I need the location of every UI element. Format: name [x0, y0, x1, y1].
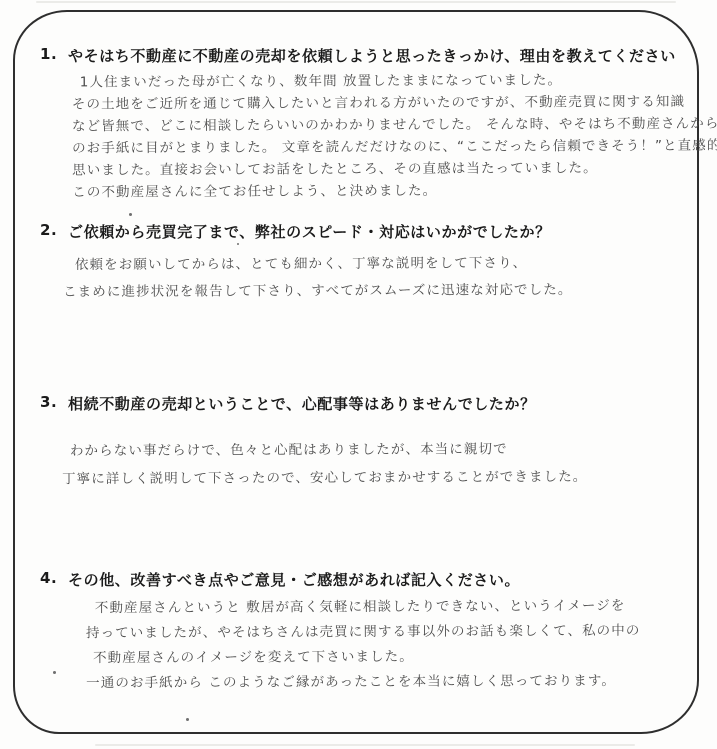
question-3-number: 3.: [40, 393, 68, 414]
handwriting-line: この不動産屋さんに全てお任せしよう、と決めました。: [72, 179, 717, 204]
question-4-text: その他、改善すべき点やご意見・ご感想があれば記入ください。: [68, 569, 520, 590]
handwriting-line: その土地をご近所を通じて購入したいと言われる方がいたのですが、不動産売買に関する…: [72, 91, 717, 116]
question-2-text: ご依頼から売買完了まで、弊社のスピード・対応はいかがでしたか？: [68, 221, 551, 242]
ink-speck: [129, 213, 132, 216]
scan-smudge-bottom: [95, 744, 635, 746]
handwriting-line: 依頼をお願いしてからは、とても細かく、丁寧な説明をして下さり、: [63, 250, 573, 279]
scanned-survey-page: 1. やそはち不動産に不動産の売却を依頼しようと思ったきっかけ、理由を教えてくだ…: [0, 0, 717, 749]
ink-speck: [237, 243, 239, 245]
question-4-title: 4. その他、改善すべき点やご意見・ご感想があれば記入ください。: [40, 569, 520, 590]
question-1-title: 1. やそはち不動産に不動産の売却を依頼しようと思ったきっかけ、理由を教えてくだ…: [40, 45, 676, 66]
handwriting-line: 丁寧に詳しく説明して下さったので、安心しておまかせすることができました。: [62, 463, 587, 493]
handwriting-line: こまめに進捗状況を報告して下さり、すべてがスムーズに迅速な対応でした。: [63, 277, 573, 306]
handwriting-line: 1人住まいだった母が亡くなり、数年間 放置したままになっていました。: [72, 69, 717, 94]
question-1-text: やそはち不動産に不動産の売却を依頼しようと思ったきっかけ、理由を教えてください: [68, 45, 676, 66]
handwriting-line: など皆無で、どこに相談したらいいのかわかりませんでした。 そんな時、やそはち不動…: [72, 113, 717, 138]
question-1-number: 1.: [40, 45, 68, 66]
question-2-number: 2.: [40, 221, 68, 242]
question-3-text: 相続不動産の売却ということで、心配事等はありませんでしたか？: [68, 393, 536, 414]
ink-speck: [186, 718, 189, 721]
handwriting-line: 不動産屋さんというと 敷居が高く気軽に相談したりできない、というイメージを: [86, 594, 641, 621]
handwriting-line: 一通のお手紙から このようなご縁があったことを本当に嬉しく思っております。: [86, 669, 641, 696]
question-3-answer: わからない事だらけで、色々と心配はありましたが、本当に親切で 丁寧に詳しく説明し…: [62, 435, 588, 493]
handwriting-line: のお手紙に目がとまりました。 文章を読んだだけなのに、“ここだったら信頼できそう…: [72, 135, 717, 160]
handwriting-line: 思いました。直接お会いしてお話をしたところ、その直感は当たっていました。: [72, 157, 717, 182]
handwriting-line: 持っていましたが、やそはちさんは売買に関する事以外のお話も楽しくて、私の中の: [86, 619, 641, 646]
ink-speck: [53, 671, 56, 674]
question-1-answer: 1人住まいだった母が亡くなり、数年間 放置したままになっていました。 その土地を…: [72, 69, 717, 204]
question-3-title: 3. 相続不動産の売却ということで、心配事等はありませんでしたか？: [40, 393, 536, 414]
question-4-answer: 不動産屋さんというと 敷居が高く気軽に相談したりできない、というイメージを 持っ…: [86, 594, 641, 696]
question-2-answer: 依頼をお願いしてからは、とても細かく、丁寧な説明をして下さり、 こまめに進捗状況…: [63, 250, 573, 306]
handwriting-line: 不動産屋さんのイメージを変えて下さいました。: [86, 644, 641, 671]
question-2-title: 2. ご依頼から売買完了まで、弊社のスピード・対応はいかがでしたか？: [40, 221, 551, 242]
handwriting-line: わからない事だらけで、色々と心配はありましたが、本当に親切で: [62, 435, 587, 465]
scan-smudge-top: [36, 1, 676, 3]
question-4-number: 4.: [40, 569, 68, 590]
